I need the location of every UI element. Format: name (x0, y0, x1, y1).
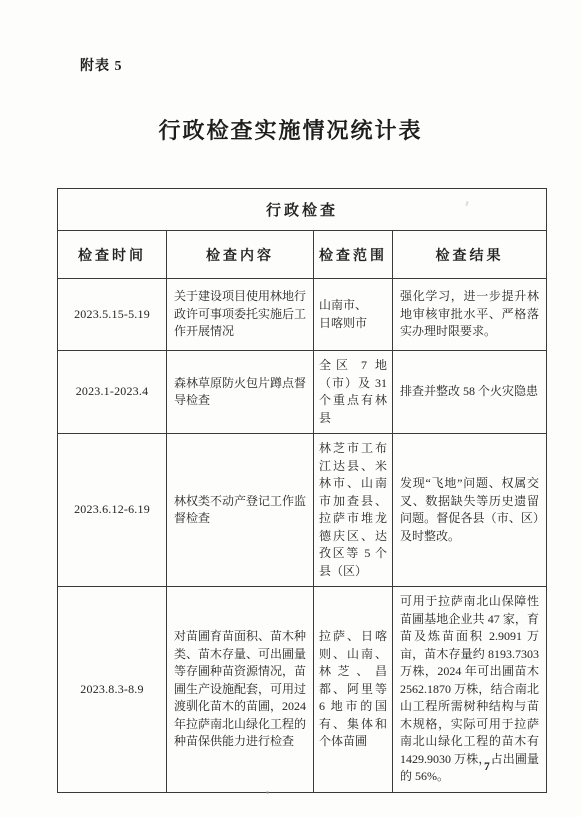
table-row: 2023.5.15-5.19 关于建设项目使用林地行政许可事项委托实施后工作开展… (58, 279, 547, 351)
cell-inspection-time: 2023.8.3-8.9 (58, 587, 167, 793)
inspection-table: 行政检查 检查时间 检查内容 检查范围 检查结果 2023.5.15-5.19 … (57, 188, 547, 793)
document-page: 附表 5 行政检查实施情况统计表 行政检查 检查时间 检查内容 检查范围 检查结… (0, 0, 581, 817)
page-title: 行政检查实施情况统计表 (0, 114, 581, 145)
table-row: 2023.8.3-8.9 对苗圃育苗面积、苗木种类、苗木存量、可出圃量等存圃种苗… (58, 587, 547, 793)
cell-inspection-scope: 拉萨、日喀则、山南、林芝、昌都、阿里等 6 地市的国有、集体和个体苗圃 (314, 587, 393, 793)
cell-inspection-scope: 全区 7 地（市）及 31 个重点有林县 (314, 351, 393, 434)
cell-inspection-result: 可用于拉萨南北山保障性苗圃基地企业共 47 家，育苗及炼苗面积 2.9091 万… (393, 587, 547, 793)
table-row: 2023.6.12-6.19 林权类不动产登记工作监督检查 林芝市工布江达县、米… (58, 434, 547, 587)
cell-inspection-scope: 山南市、 日喀则市 (314, 279, 393, 351)
appendix-label: 附表 5 (80, 55, 123, 75)
column-header-result: 检查结果 (393, 231, 547, 279)
column-header-content: 检查内容 (167, 231, 314, 279)
cell-inspection-result: 强化学习，进一步提升林地审核审批水平、严格落实办理时限要求。 (393, 279, 547, 351)
table-span-header: 行政检查 (58, 189, 547, 231)
cell-inspection-time: 2023.5.15-5.19 (58, 279, 167, 351)
cell-inspection-content: 关于建设项目使用林地行政许可事项委托实施后工作开展情况 (167, 279, 314, 351)
cell-inspection-content: 林权类不动产登记工作监督检查 (167, 434, 314, 587)
column-header-time: 检查时间 (58, 231, 167, 279)
cell-inspection-result: 排查并整改 58 个火灾隐患 (393, 351, 547, 434)
page-number: 7 (484, 761, 490, 773)
cell-inspection-scope: 林芝市工布江达县、米林市、山南市加查县、拉萨市堆龙德庆区、达孜区等 5 个县（区… (314, 434, 393, 587)
scan-speck (266, 791, 269, 794)
table-column-header-row: 检查时间 检查内容 检查范围 检查结果 (58, 231, 547, 279)
cell-inspection-content: 对苗圃育苗面积、苗木种类、苗木存量、可出圃量等存圃种苗资源情况，苗圃生产设施配套… (167, 587, 314, 793)
cell-inspection-result: 发现“飞地”问题、权属交叉、数据缺失等历史遗留问题。督促各县（市、区）及时整改。 (393, 434, 547, 587)
cell-inspection-time: 2023.1-2023.4 (58, 351, 167, 434)
cell-inspection-content: 森林草原防火包片蹲点督导检查 (167, 351, 314, 434)
column-header-scope: 检查范围 (314, 231, 393, 279)
table-span-header-row: 行政检查 (58, 189, 547, 231)
table-row: 2023.1-2023.4 森林草原防火包片蹲点督导检查 全区 7 地（市）及 … (58, 351, 547, 434)
cell-inspection-time: 2023.6.12-6.19 (58, 434, 167, 587)
